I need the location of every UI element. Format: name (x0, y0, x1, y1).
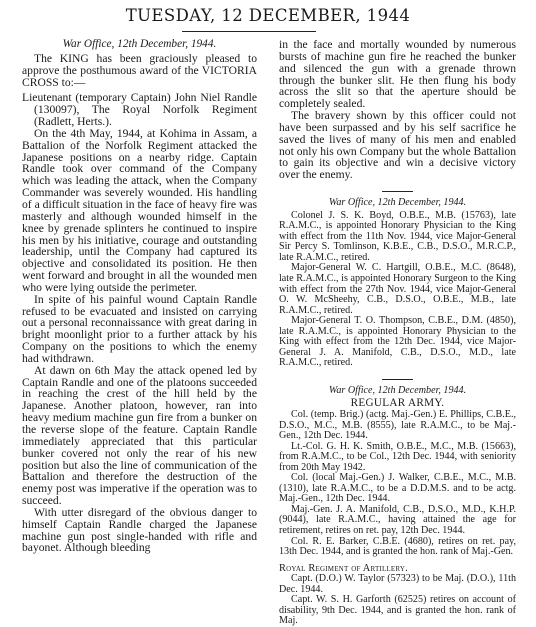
masthead: TUESDAY, 12 DECEMBER, 1944 (0, 6, 536, 25)
vc-intro: The KING has been graciously pleased to … (22, 53, 257, 89)
citation-continuation: in the face and mortally wounded by nume… (279, 39, 516, 110)
honorary-appointments-notice: War Office, 12th December, 1944. Colonel… (279, 198, 516, 369)
regular-army-heading: REGULAR ARMY. (279, 398, 516, 409)
regular-army-notice: War Office, 12th December, 1944. REGULAR… (279, 386, 516, 627)
notice-paragraph: Col. R. E. Barker, C.B.E. (4680), retire… (279, 537, 516, 558)
vc-recipient: Lieutenant (temporary Captain) John Niel… (22, 92, 257, 128)
notice-paragraph: Major-General W. C. Hartgill, O.B.E., M.… (279, 263, 516, 316)
section-divider (382, 191, 413, 192)
section-divider (382, 379, 413, 380)
citation-paragraph: At dawn on 6th May the attack opened led… (22, 365, 257, 507)
notice-paragraph: Capt. (D.O.) W. Taylor (57323) to be Maj… (279, 574, 516, 595)
citation-paragraph: On the 4th May, 1944, at Kohima in Assam… (22, 128, 257, 294)
notice-paragraph: Col. (local Maj.-Gen.) J. Walker, C.B.E.… (279, 473, 516, 505)
notice-paragraph: Capt. W. S. H. Garforth (62525) retires … (279, 595, 516, 627)
notice-paragraph: Maj.-Gen. J. A. Manifold, C.B., D.S.O., … (279, 505, 516, 537)
notice-paragraph: Lt.-Col. G. H. K. Smith, O.B.E., M.C., M… (279, 442, 516, 474)
right-column: in the face and mortally wounded by nume… (279, 39, 516, 627)
dateline-vc: War Office, 12th December, 1944. (22, 39, 257, 51)
notice-paragraph: Col. (temp. Brig.) (actg. Maj.-Gen.) E. … (279, 410, 516, 442)
left-column: War Office, 12th December, 1944. The KIN… (22, 39, 257, 554)
citation-conclusion: The bravery shown by this officer could … (279, 110, 516, 181)
dateline-regular-army: War Office, 12th December, 1944. (279, 386, 516, 397)
citation-paragraph: In spite of his painful wound Captain Ra… (22, 294, 257, 365)
masthead-rule (182, 31, 316, 32)
notice-paragraph: Major-General T. O. Thompson, C.B.E., D.… (279, 316, 516, 369)
dateline-honorary: War Office, 12th December, 1944. (279, 198, 516, 209)
citation-paragraph: With utter disregard of the obvious dang… (22, 507, 257, 554)
notice-paragraph: Colonel J. S. K. Boyd, O.B.E., M.B. (157… (279, 211, 516, 264)
